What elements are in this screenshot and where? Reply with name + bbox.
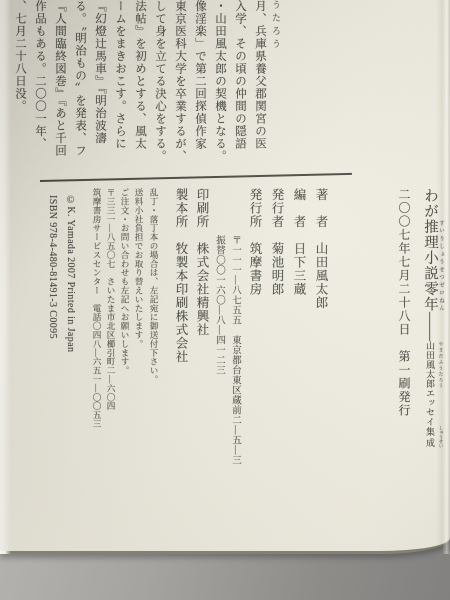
publisher-postal-transfer-line: 振替〇〇一六〇―八―四一二三 [212, 188, 223, 552]
subtitle-tail-text: 集成 [425, 426, 435, 449]
credit-label: 印刷所 [195, 188, 209, 229]
credit-author: 著 者山田風太郎 [312, 188, 327, 552]
colophon-page: 月、兵庫県養父郡関宮の医 入学、その頃の仲間の隠語 ・山田風太郎の契機となる。 … [0, 0, 450, 554]
edition-date-line: 二〇〇七年七月二十八日 第一刷発行 [395, 188, 410, 552]
copyright-line: ©K. Yamada 2007 Printed in Japan [63, 188, 75, 552]
credit-editor: 編 者日下三蔵 [290, 188, 305, 552]
colophon-section: わが推理小説零年すいりしょうせつゼロねん――山田風太郎やまだふうたろうエッセイ集… [30, 188, 444, 552]
credit-value: 日下三蔵 [292, 242, 306, 296]
credit-value: 牧製本印刷株式会社 [174, 242, 188, 364]
credit-value: 筑摩書房 [248, 242, 262, 296]
credit-label: 著 者 [314, 188, 328, 229]
credit-value: 株式会社精興社 [195, 242, 209, 337]
subtitle-author-text: 山田風太郎 [425, 341, 435, 389]
bio-text-column: して身を立てる決心をする。 [154, 0, 166, 182]
bio-text-column: 像淫楽」で第二回探偵作家 [194, 0, 206, 182]
bio-text-column: 入学、その頃の仲間の隠語 [234, 0, 246, 182]
subtitle-mid-text: エッセイ [425, 389, 435, 427]
bio-text-column: 『人間臨終図巻』『あと千回 [54, 0, 66, 182]
bio-text-column: ・山田風太郎の契機となる。 [214, 0, 226, 182]
title-body: 推理小説零年すいりしょうせつゼロねん [422, 219, 438, 312]
notice-line: 乱丁・落丁本の場合は、左記宛に御送付下さい。 [148, 188, 158, 552]
bio-text-column: 東京医科大学を卒業するが、 [174, 0, 186, 182]
subtitle-tail: 集成しゅうせい [425, 427, 435, 449]
bio-text-column: 作品もある。二〇〇一年、 [34, 0, 46, 182]
book-photo: 月、兵庫県養父郡関宮の医 入学、その頃の仲間の隠語 ・山田風太郎の契機となる。 … [0, 0, 450, 600]
bio-text-column: 、七月二十八日没。 [14, 0, 26, 182]
bio-text-column: 『幻燈辻馬車』『明治波濤 [94, 0, 106, 182]
publisher-address-line: 〒一一一―八七五五 東京都台東区蔵前二―五―三 [228, 188, 239, 552]
author-bio-section: 月、兵庫県養父郡関宮の医 入学、その頃の仲間の隠語 ・山田風太郎の契機となる。 … [2, 0, 266, 182]
notice-line: 〒三三一―八五〇七 さいたま市北区櫛引町二―六〇四 [105, 188, 115, 552]
book-title: わが推理小説零年すいりしょうせつゼロねん――山田風太郎やまだふうたろうエッセイ集… [418, 188, 444, 552]
credit-label: 編 者 [292, 188, 306, 229]
book-subtitle: 山田風太郎やまだふうたろうエッセイ集成しゅうせい [425, 341, 435, 448]
bio-text-column: ームをまきおこす。さらに [114, 0, 126, 182]
credit-value: 山田風太郎 [314, 242, 328, 310]
subtitle-author: 山田風太郎やまだふうたろう [425, 341, 435, 389]
title-dash: ―― [422, 312, 438, 341]
bio-text-column: 法帖』を初めとする、風太 [134, 0, 146, 182]
credit-label: 発行者 [270, 188, 284, 229]
credit-value: 菊池明郎 [270, 242, 284, 296]
title-body-text: 推理小説零年 [422, 219, 438, 312]
credit-binder: 製本所牧製本印刷株式会社 [172, 188, 187, 552]
credit-label: 製本所 [174, 188, 188, 229]
bio-text-column: る。〝明治もの〟を発表、フ [74, 0, 86, 182]
title-prefix: わが [422, 188, 438, 219]
subtitle-author-furigana: やまだふうたろう [439, 341, 444, 389]
bio-text-column: 月、兵庫県養父郡関宮の医 [254, 0, 266, 182]
notice-line: 筑摩書房サービスセンター 電話〇四八―六五一―〇〇五三 [91, 188, 101, 552]
credit-printer: 印刷所株式会社精興社 [193, 188, 208, 552]
subtitle-tail-furigana: しゅうせい [439, 426, 444, 449]
notice-line: 送料小社負担でお取り替えいたします。 [133, 188, 143, 552]
bio-furigana-fragment: うたろう [270, 0, 283, 52]
credit-label: 発行所 [248, 188, 262, 229]
credit-publisher-company: 発行所筑摩書房 [246, 188, 261, 552]
isbn-line: ISBN 978-4-480-81491-3 C0095 [45, 188, 57, 552]
notice-line: ご注文・お問い合わせも左記へお願いします。 [119, 188, 129, 552]
credit-publisher-person: 発行者菊池明郎 [268, 188, 283, 552]
title-furigana: すいりしょうせつゼロねん [438, 219, 444, 312]
